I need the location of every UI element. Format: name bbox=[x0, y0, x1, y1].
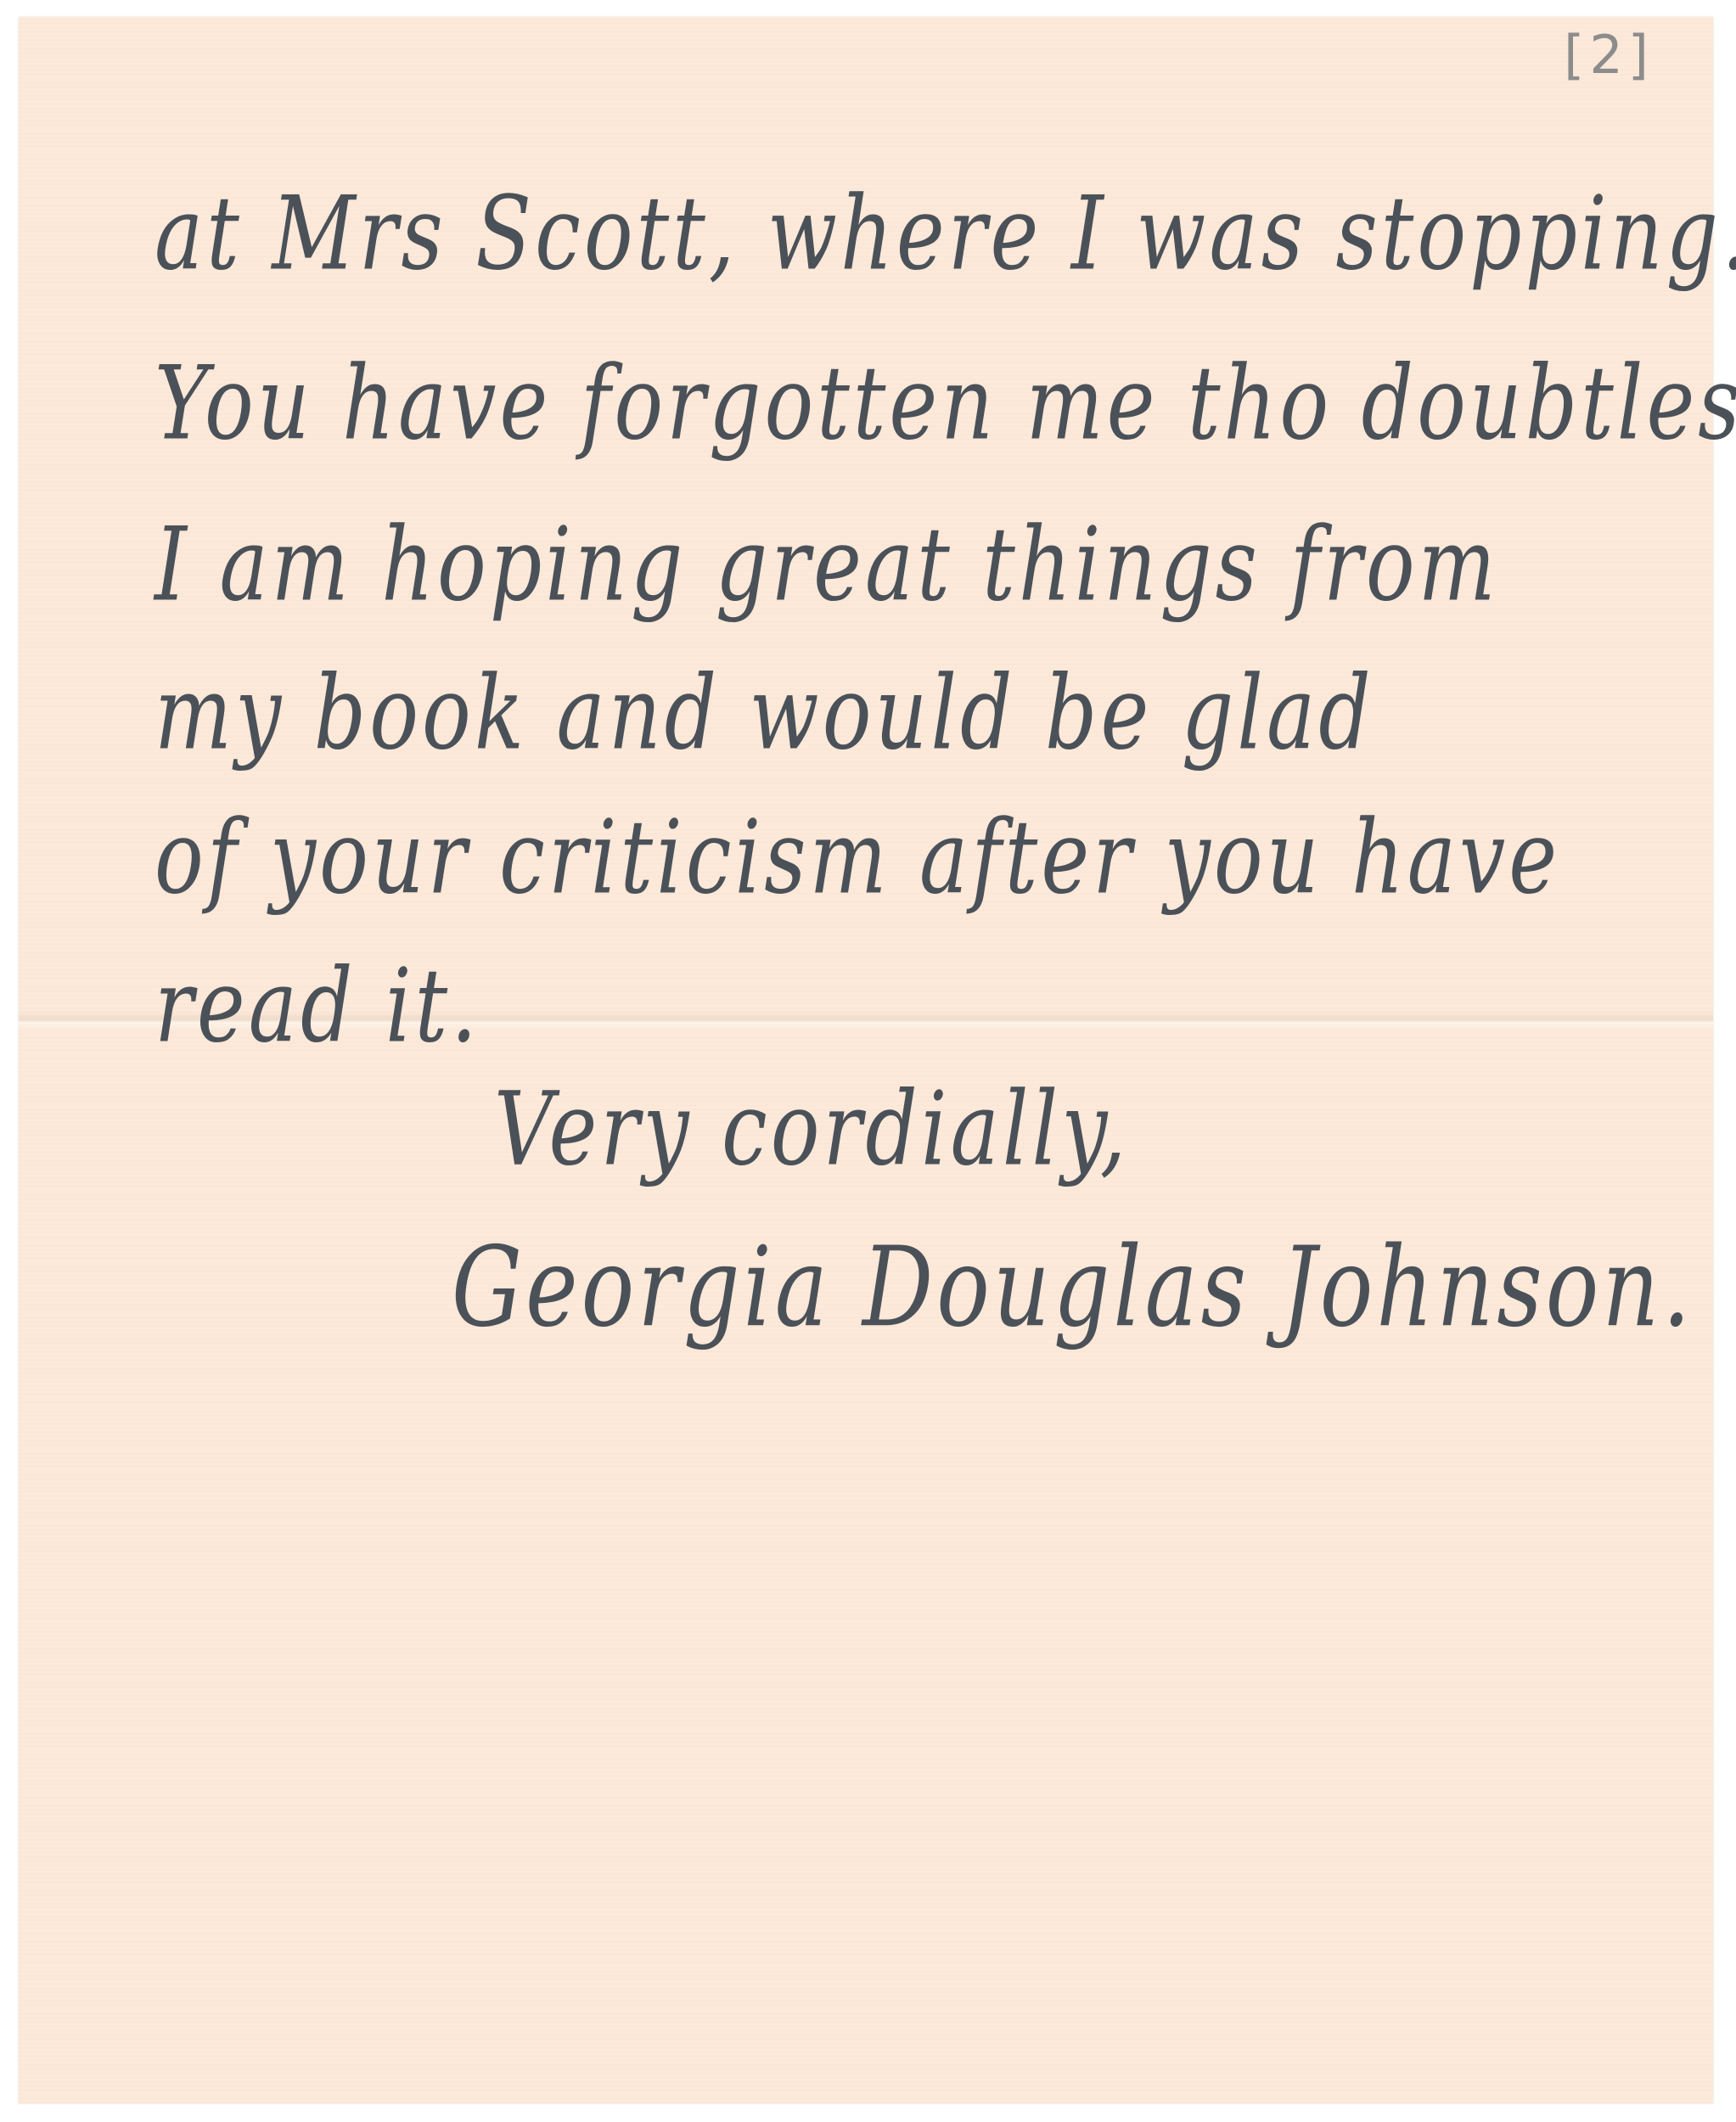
letter-line-3: I am hoping great things from bbox=[154, 505, 1499, 624]
letter-line-2: You have forgotten me tho doubtless. bbox=[154, 344, 1736, 463]
letter-signature: Georgia Douglas Johnson. bbox=[452, 1222, 1694, 1352]
letter-line-4: my book and would be glad bbox=[154, 654, 1374, 772]
page-number: [2] bbox=[1564, 24, 1654, 86]
letter-page: [2] at Mrs Scott, where I was stopping. … bbox=[19, 17, 1713, 2103]
letter-line-5: of your criticism after you have bbox=[154, 798, 1560, 917]
letter-line-6: read it. bbox=[154, 946, 480, 1065]
letter-line-1: at Mrs Scott, where I was stopping. bbox=[154, 174, 1736, 293]
letter-closing: Very cordially, bbox=[494, 1069, 1129, 1188]
